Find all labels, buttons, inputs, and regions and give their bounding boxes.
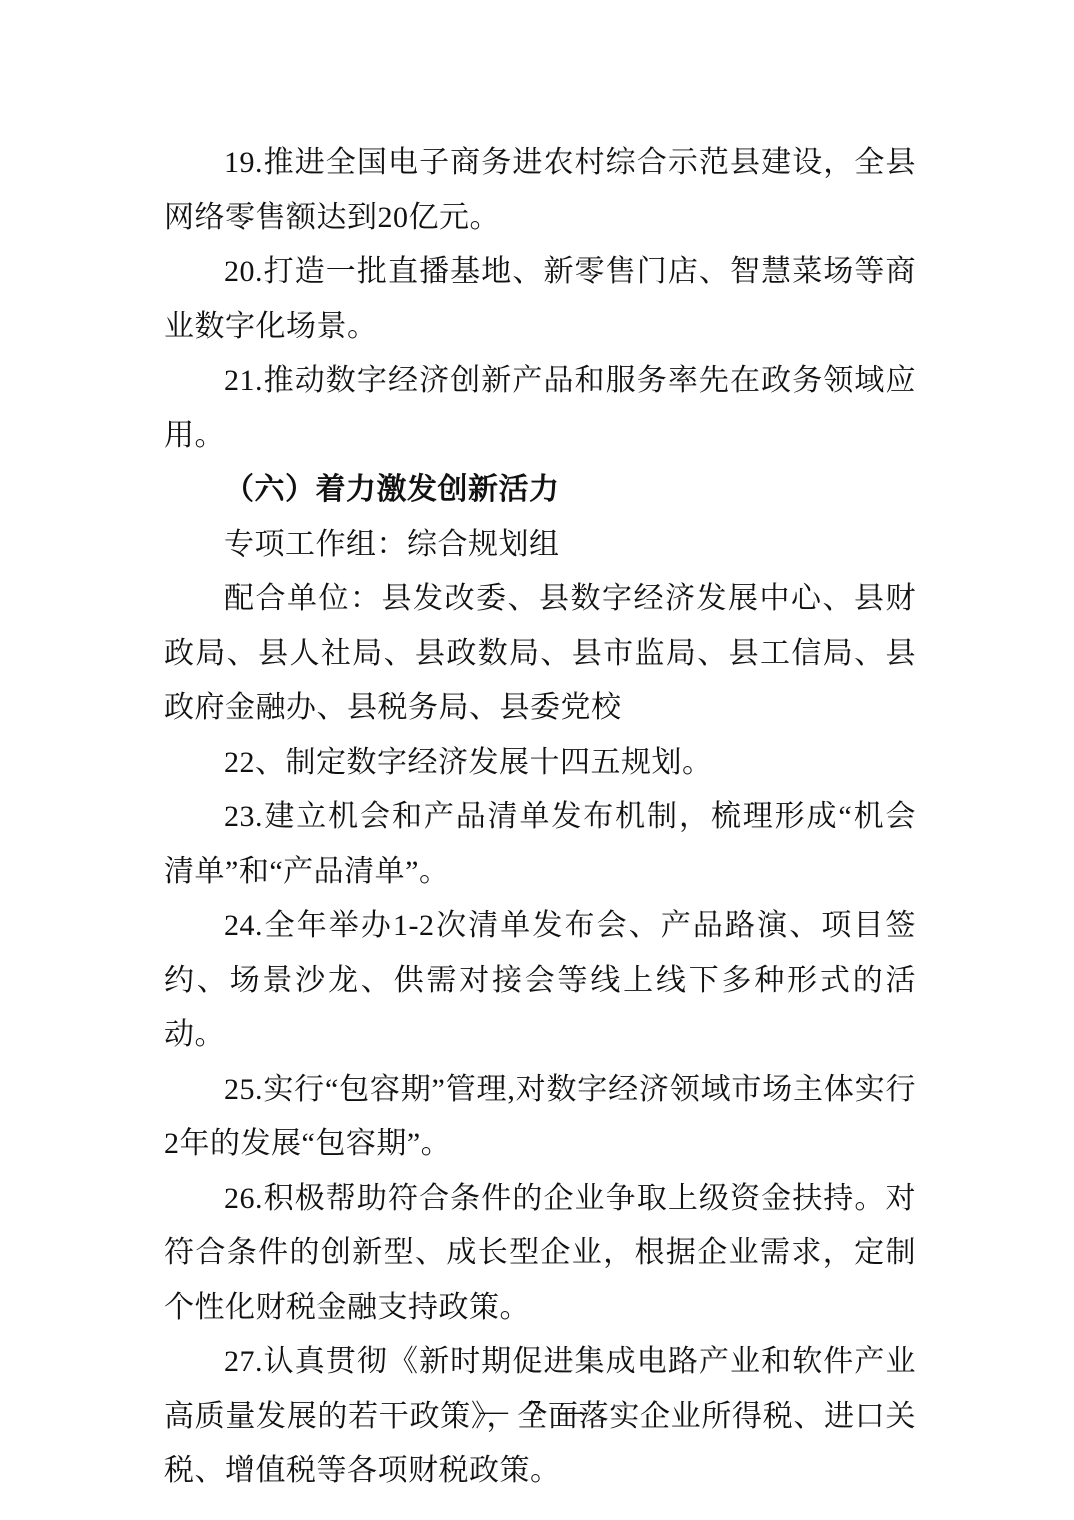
paragraph: 21.推动数字经济创新产品和服务率先在政务领域应用。	[164, 354, 916, 463]
paragraph: 25.实行“包容期”管理,对数字经济领域市场主体实行2年的发展“包容期”。	[164, 1063, 916, 1172]
section-heading: （六）着力激发创新活力	[164, 463, 916, 518]
page-number: — 7 —	[480, 1396, 594, 1427]
document-page: 19.推进全国电子商务进农村综合示范县建设，全县网络零售额达到20亿元。20.打…	[0, 0, 1074, 1520]
paragraph: 23.建立机会和产品清单发布机制，梳理形成“机会清单”和“产品清单”。	[164, 790, 916, 899]
paragraph: 26.积极帮助符合条件的企业争取上级资金扶持。对符合条件的创新型、成长型企业，根…	[164, 1172, 916, 1336]
page-footer: — 7 —	[0, 1396, 1074, 1428]
paragraph: 19.推进全国电子商务进农村综合示范县建设，全县网络零售额达到20亿元。	[164, 136, 916, 245]
paragraph: 专项工作组：综合规划组	[164, 518, 916, 573]
paragraph: 22、制定数字经济发展十四五规划。	[164, 736, 916, 791]
document-body: 19.推进全国电子商务进农村综合示范县建设，全县网络零售额达到20亿元。20.打…	[164, 136, 916, 1499]
paragraph: 20.打造一批直播基地、新零售门店、智慧菜场等商业数字化场景。	[164, 245, 916, 354]
paragraph: 配合单位：县发改委、县数字经济发展中心、县财政局、县人社局、县政数局、县市监局、…	[164, 572, 916, 736]
paragraph: 24.全年举办1-2次清单发布会、产品路演、项目签约、场景沙龙、供需对接会等线上…	[164, 899, 916, 1063]
